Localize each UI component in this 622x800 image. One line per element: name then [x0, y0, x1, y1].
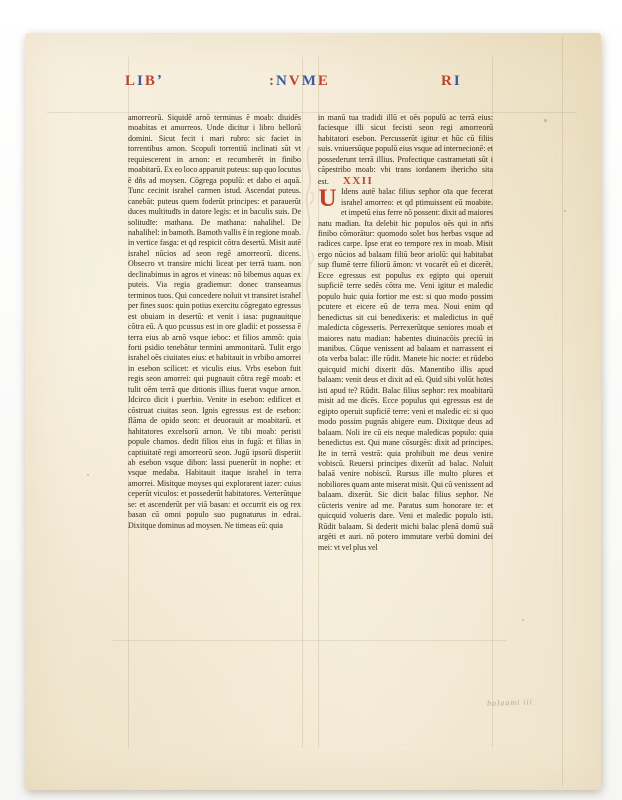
running-title-left: LIBʼ: [125, 73, 164, 93]
manuscript-leaf: LIBʼ :NVME RI amorreorū. Siquidē arnō te…: [25, 33, 601, 790]
foxing-speck: [544, 119, 547, 122]
foxing-speck: [87, 474, 89, 476]
chapter-numeral: XXII: [343, 175, 373, 187]
text-column-right: in manū tua tradidi illū et oēs populū a…: [318, 113, 493, 640]
text-column-left: amorreorū. Siquidē arnō terminus ē moab:…: [128, 113, 301, 640]
foxing-speck: [522, 619, 524, 621]
running-title-center: :NVME: [269, 73, 330, 93]
foxing-speck: [564, 210, 566, 212]
ruling-line-horizontal: [113, 640, 506, 641]
running-title-right: RI: [441, 73, 462, 93]
ruling-line-horizontal: [47, 112, 577, 113]
chapter-text: Idens autē balac filius sephor oīa que f…: [318, 187, 493, 551]
parchment-crease: [562, 37, 563, 786]
chapter-initial: U: [318, 188, 337, 210]
photographed-scene: LIBʼ :NVME RI amorreorū. Siquidē arnō te…: [0, 0, 622, 800]
pencil-inscription: balaami iii: [487, 695, 597, 708]
gutter-flourish-ornament: [301, 145, 317, 355]
chapter-22-paragraph: UIdens autē balac filius sephor oīa que …: [318, 187, 493, 553]
left-column-text: amorreorū. Siquidē arnō terminus ē moab:…: [128, 113, 301, 530]
